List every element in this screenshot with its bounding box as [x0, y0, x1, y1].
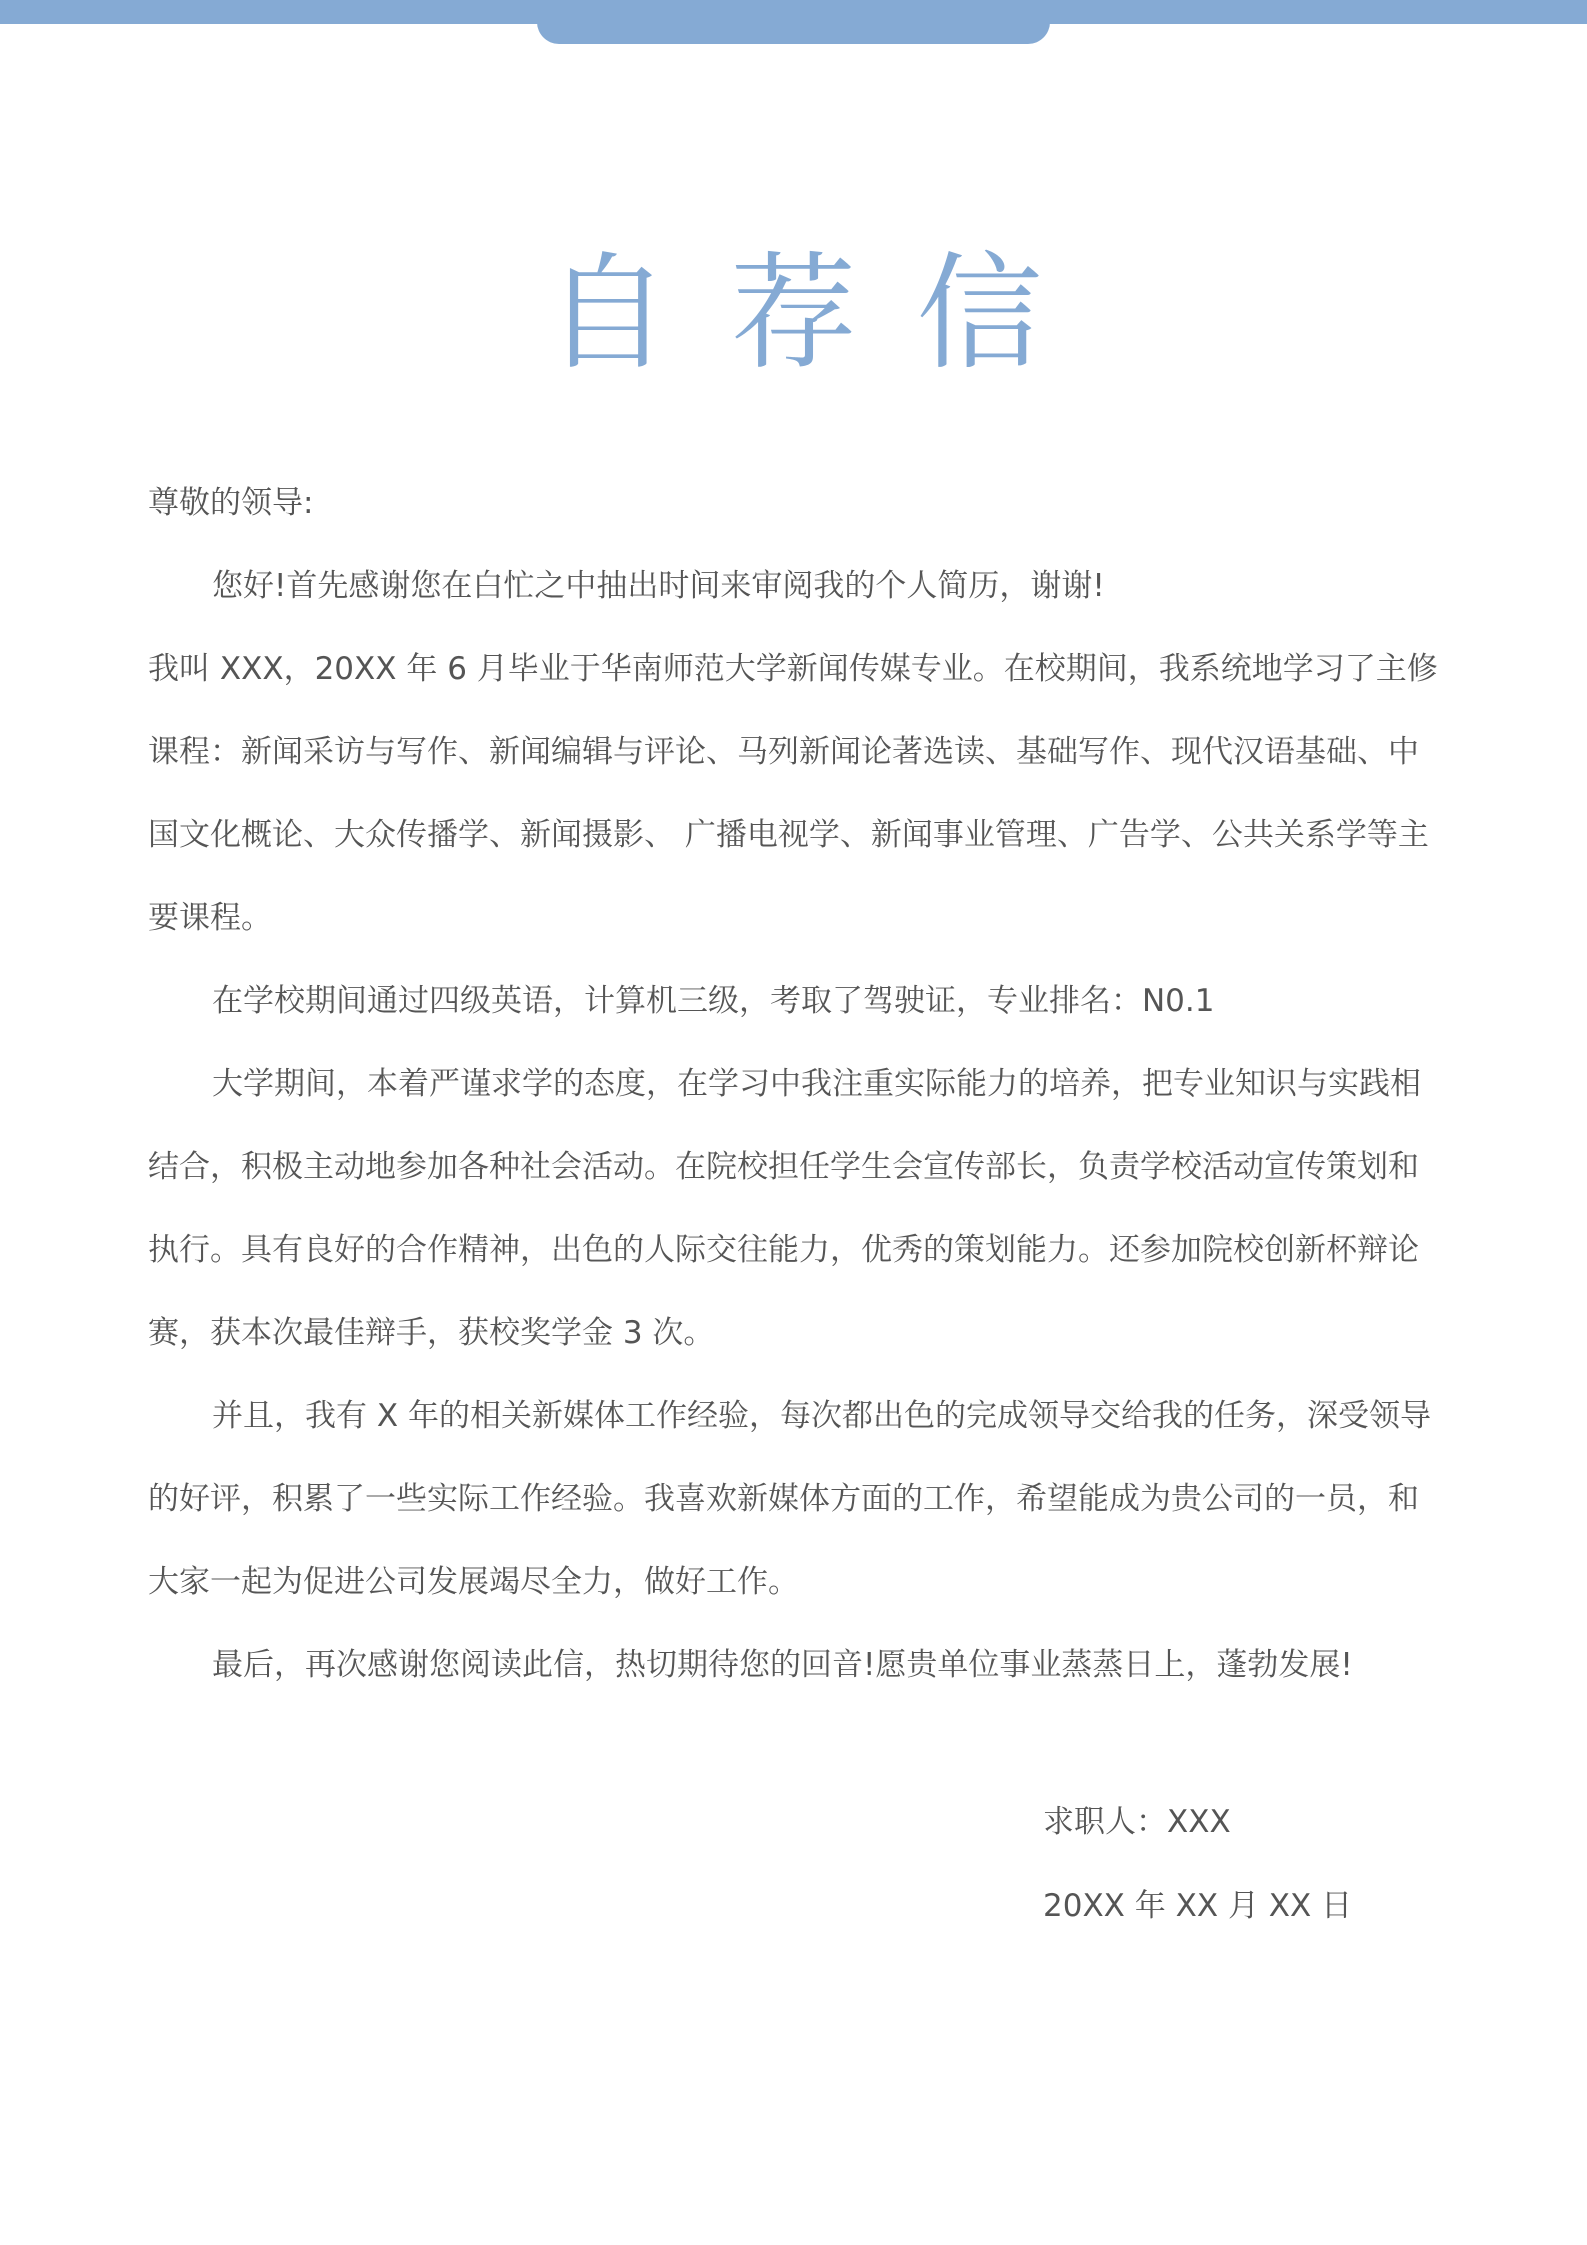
- experience-paragraph: 并且，我有 X 年的相关新媒体工作经验，每次都出色的完成领导交给我的任务，深受领…: [148, 1375, 1438, 1624]
- certificates-paragraph: 在学校期间通过四级英语，计算机三级，考取了驾驶证，专业排名：N0.1: [148, 960, 1438, 1043]
- letter-body: 尊敬的领导: 您好!首先感谢您在白忙之中抽出时间来审阅我的个人简历，谢谢! 我叫…: [148, 462, 1438, 1707]
- closing-paragraph: 最后，再次感谢您阅读此信，热切期待您的回音!愿贵单位事业蒸蒸日上，蓬勃发展!: [148, 1624, 1438, 1707]
- signature-block: 求职人：XXX 20XX 年 XX 月 XX 日: [1043, 1780, 1352, 1948]
- page-title: 自荐信: [0, 234, 1587, 394]
- applicant-name: 求职人：XXX: [1043, 1780, 1352, 1864]
- letter-date: 20XX 年 XX 月 XX 日: [1043, 1864, 1352, 1948]
- header-decor-tab: [537, 0, 1050, 44]
- salutation: 尊敬的领导:: [148, 462, 1438, 545]
- education-paragraph: 我叫 XXX，20XX 年 6 月毕业于华南师范大学新闻传媒专业。在校期间，我系…: [148, 628, 1438, 960]
- activities-paragraph: 大学期间，本着严谨求学的态度，在学习中我注重实际能力的培养，把专业知识与实践相结…: [148, 1043, 1438, 1375]
- greeting-paragraph: 您好!首先感谢您在白忙之中抽出时间来审阅我的个人简历，谢谢!: [148, 545, 1438, 628]
